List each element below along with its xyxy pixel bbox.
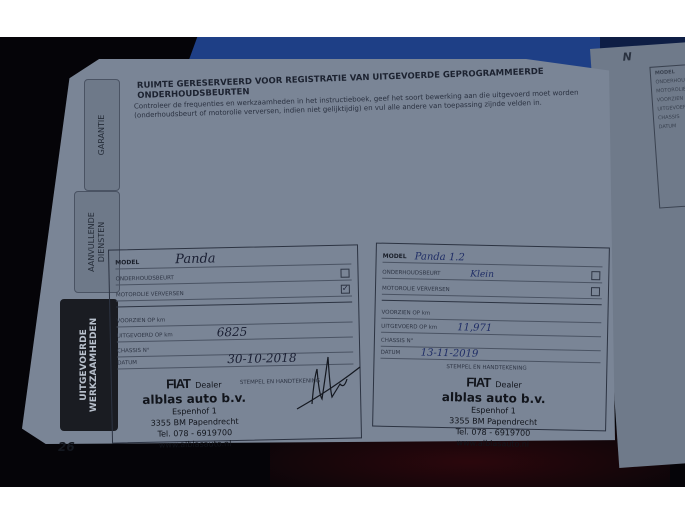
service-entry-2: MODEL Panda 1.2 ONDERHOUDSBEURT Klein MO…: [372, 243, 610, 432]
divider: [116, 302, 352, 308]
model-label: MODEL: [383, 253, 407, 261]
voorzien-label: VOORZIEN OP km: [116, 317, 165, 324]
tab-label: AANVULLENDE DIENSTEN: [87, 202, 107, 282]
onderhoudsbeurt-checkbox[interactable]: [340, 269, 349, 278]
motorolie-label: MOTOROLIE VERVERSEN: [382, 286, 450, 293]
booklet-content: GARANTIE AANVULLENDE DIENSTEN UITGEVOERD…: [22, 59, 615, 444]
motorolie-checkbox[interactable]: ✓: [341, 285, 350, 294]
datum-value: 13-11-2019: [421, 348, 479, 360]
tab-garantie[interactable]: GARANTIE: [84, 79, 120, 191]
fiat-logo: FIAT: [166, 376, 190, 391]
uitgevoerd-label: UITGEVOERD OP km: [381, 324, 437, 331]
company-name: alblas auto b.v.: [424, 390, 564, 407]
dealer-text: Dealer: [195, 380, 222, 390]
photo: N MODEL ONDERHOUDSBEURT MOTOROLIE VOORZI…: [0, 37, 685, 487]
datum-label: DATUM: [381, 350, 401, 356]
voorzien-label: VOORZIEN OP km: [381, 310, 430, 317]
model-value: Panda: [175, 251, 216, 267]
right-page-form: MODEL ONDERHOUDSBEURT MOTOROLIE VOORZIEN…: [649, 62, 685, 209]
signature: [292, 349, 362, 419]
right-page-letter: N: [622, 50, 632, 64]
onderhoudsbeurt-checkbox[interactable]: [591, 271, 600, 280]
model-value: Panda 1.2: [415, 251, 465, 263]
uitgevoerd-value: 11,971: [457, 322, 492, 334]
datum-row: DATUM 13-11-2019: [381, 344, 601, 364]
model-label: MODEL: [115, 259, 139, 267]
motorolie-label: MOTOROLIE VERVERSEN: [116, 291, 184, 298]
onderhoudsbeurt-label: ONDERHOUDSBEURT: [382, 270, 440, 277]
datum-value: 30-10-2018: [227, 351, 296, 366]
motorolie-checkbox[interactable]: [591, 287, 600, 296]
tab-label: GARANTIE: [97, 115, 107, 156]
motorolie-row: MOTOROLIE VERVERSEN: [382, 280, 602, 300]
page-number: 26: [58, 440, 75, 454]
fiat-logo: FIAT: [466, 374, 490, 389]
dealer-stamp: FIAT Dealer alblas auto b.v. Espenhof 1 …: [423, 371, 565, 451]
tab-label: UITGEVOERDE WERKZAAMHEDEN: [79, 310, 99, 420]
website: www.alblasauto.nl: [125, 437, 265, 451]
uitgevoerd-label: UITGEVOERD OP km: [117, 332, 173, 339]
dealer-text: Dealer: [495, 380, 522, 390]
datum-label: DATUM: [117, 360, 137, 366]
uitgevoerd-value: 6825: [217, 325, 248, 340]
onderhoudsbeurt-value: Klein: [470, 270, 494, 280]
company-name: alblas auto b.v.: [124, 390, 264, 407]
onderhoudsbeurt-label: ONDERHOUDSBEURT: [116, 275, 174, 282]
